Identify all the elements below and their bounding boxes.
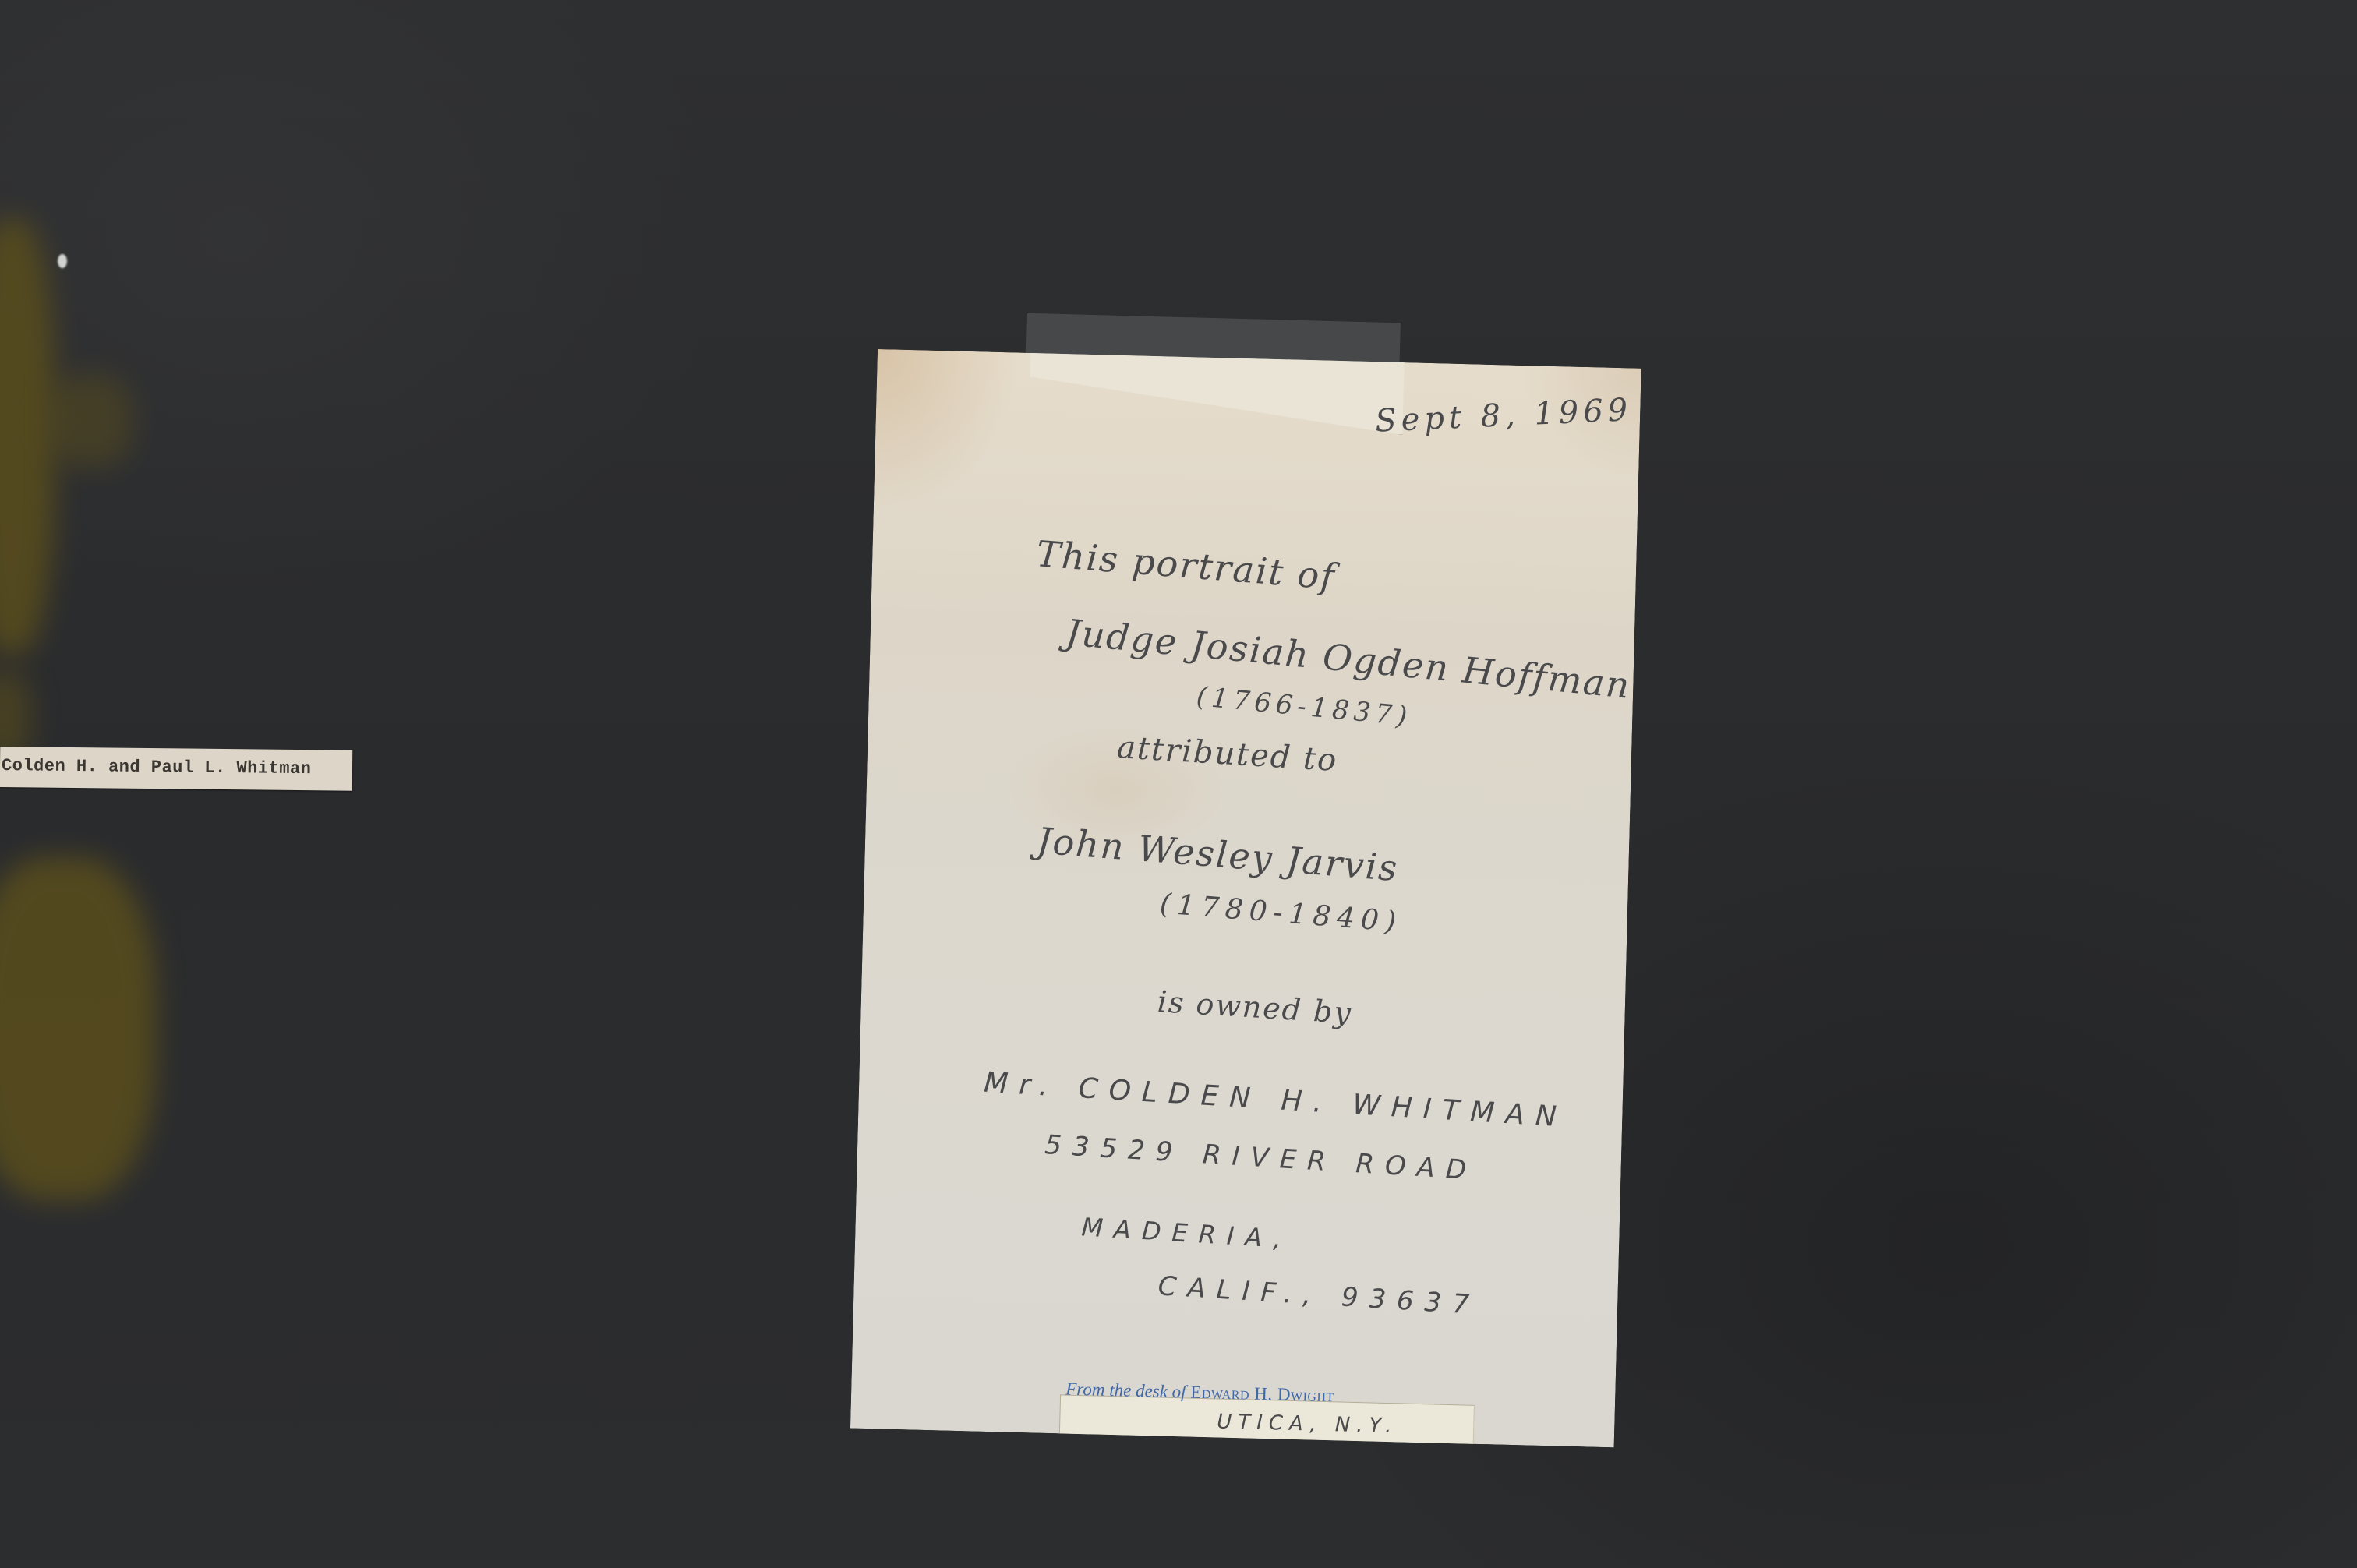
note-line-artist-dates: (1780-1840)	[1159, 888, 1404, 938]
paint-stain	[47, 374, 133, 468]
note-location: UTICA, N.Y.	[1217, 1410, 1398, 1438]
note-line-artist: John Wesley Jarvis	[1035, 819, 1400, 889]
provenance-note: Sept 8, 1969 This portrait of Judge Josi…	[850, 349, 1641, 1447]
note-line-state-zip: CALIF., 93637	[1157, 1270, 1481, 1321]
note-line-subject-dates: (1766-1837)	[1195, 681, 1413, 733]
framed-portrait-backing: Colden H. and Paul L. Whitman Sept 8, 19…	[0, 0, 2357, 1568]
note-line-street: 53529 RIVER ROAD	[1044, 1129, 1478, 1186]
note-date: Sept 8, 1969	[1374, 392, 1633, 440]
letterhead-name: Edward H. Dwight	[1190, 1383, 1334, 1406]
typed-owner-label: Colden H. and Paul L. Whitman	[0, 747, 352, 791]
note-line-attributed: attributed to	[1116, 729, 1339, 779]
nail-head	[58, 254, 67, 268]
note-line-owned-by: is owned by	[1157, 984, 1353, 1030]
paint-stain	[0, 218, 55, 655]
letterhead-prefix: From the desk of	[1065, 1379, 1186, 1402]
note-line-portrait: This portrait of	[1035, 532, 1338, 598]
note-line-subject: Judge Josiah Ogden Hoffman	[1064, 611, 1632, 707]
note-line-owner: Mr. COLDEN H. WHITMAN	[983, 1067, 1568, 1134]
paint-stain	[0, 857, 156, 1200]
typed-owner-label-text: Colden H. and Paul L. Whitman	[2, 756, 312, 779]
note-line-city: MADERIA,	[1081, 1212, 1293, 1254]
